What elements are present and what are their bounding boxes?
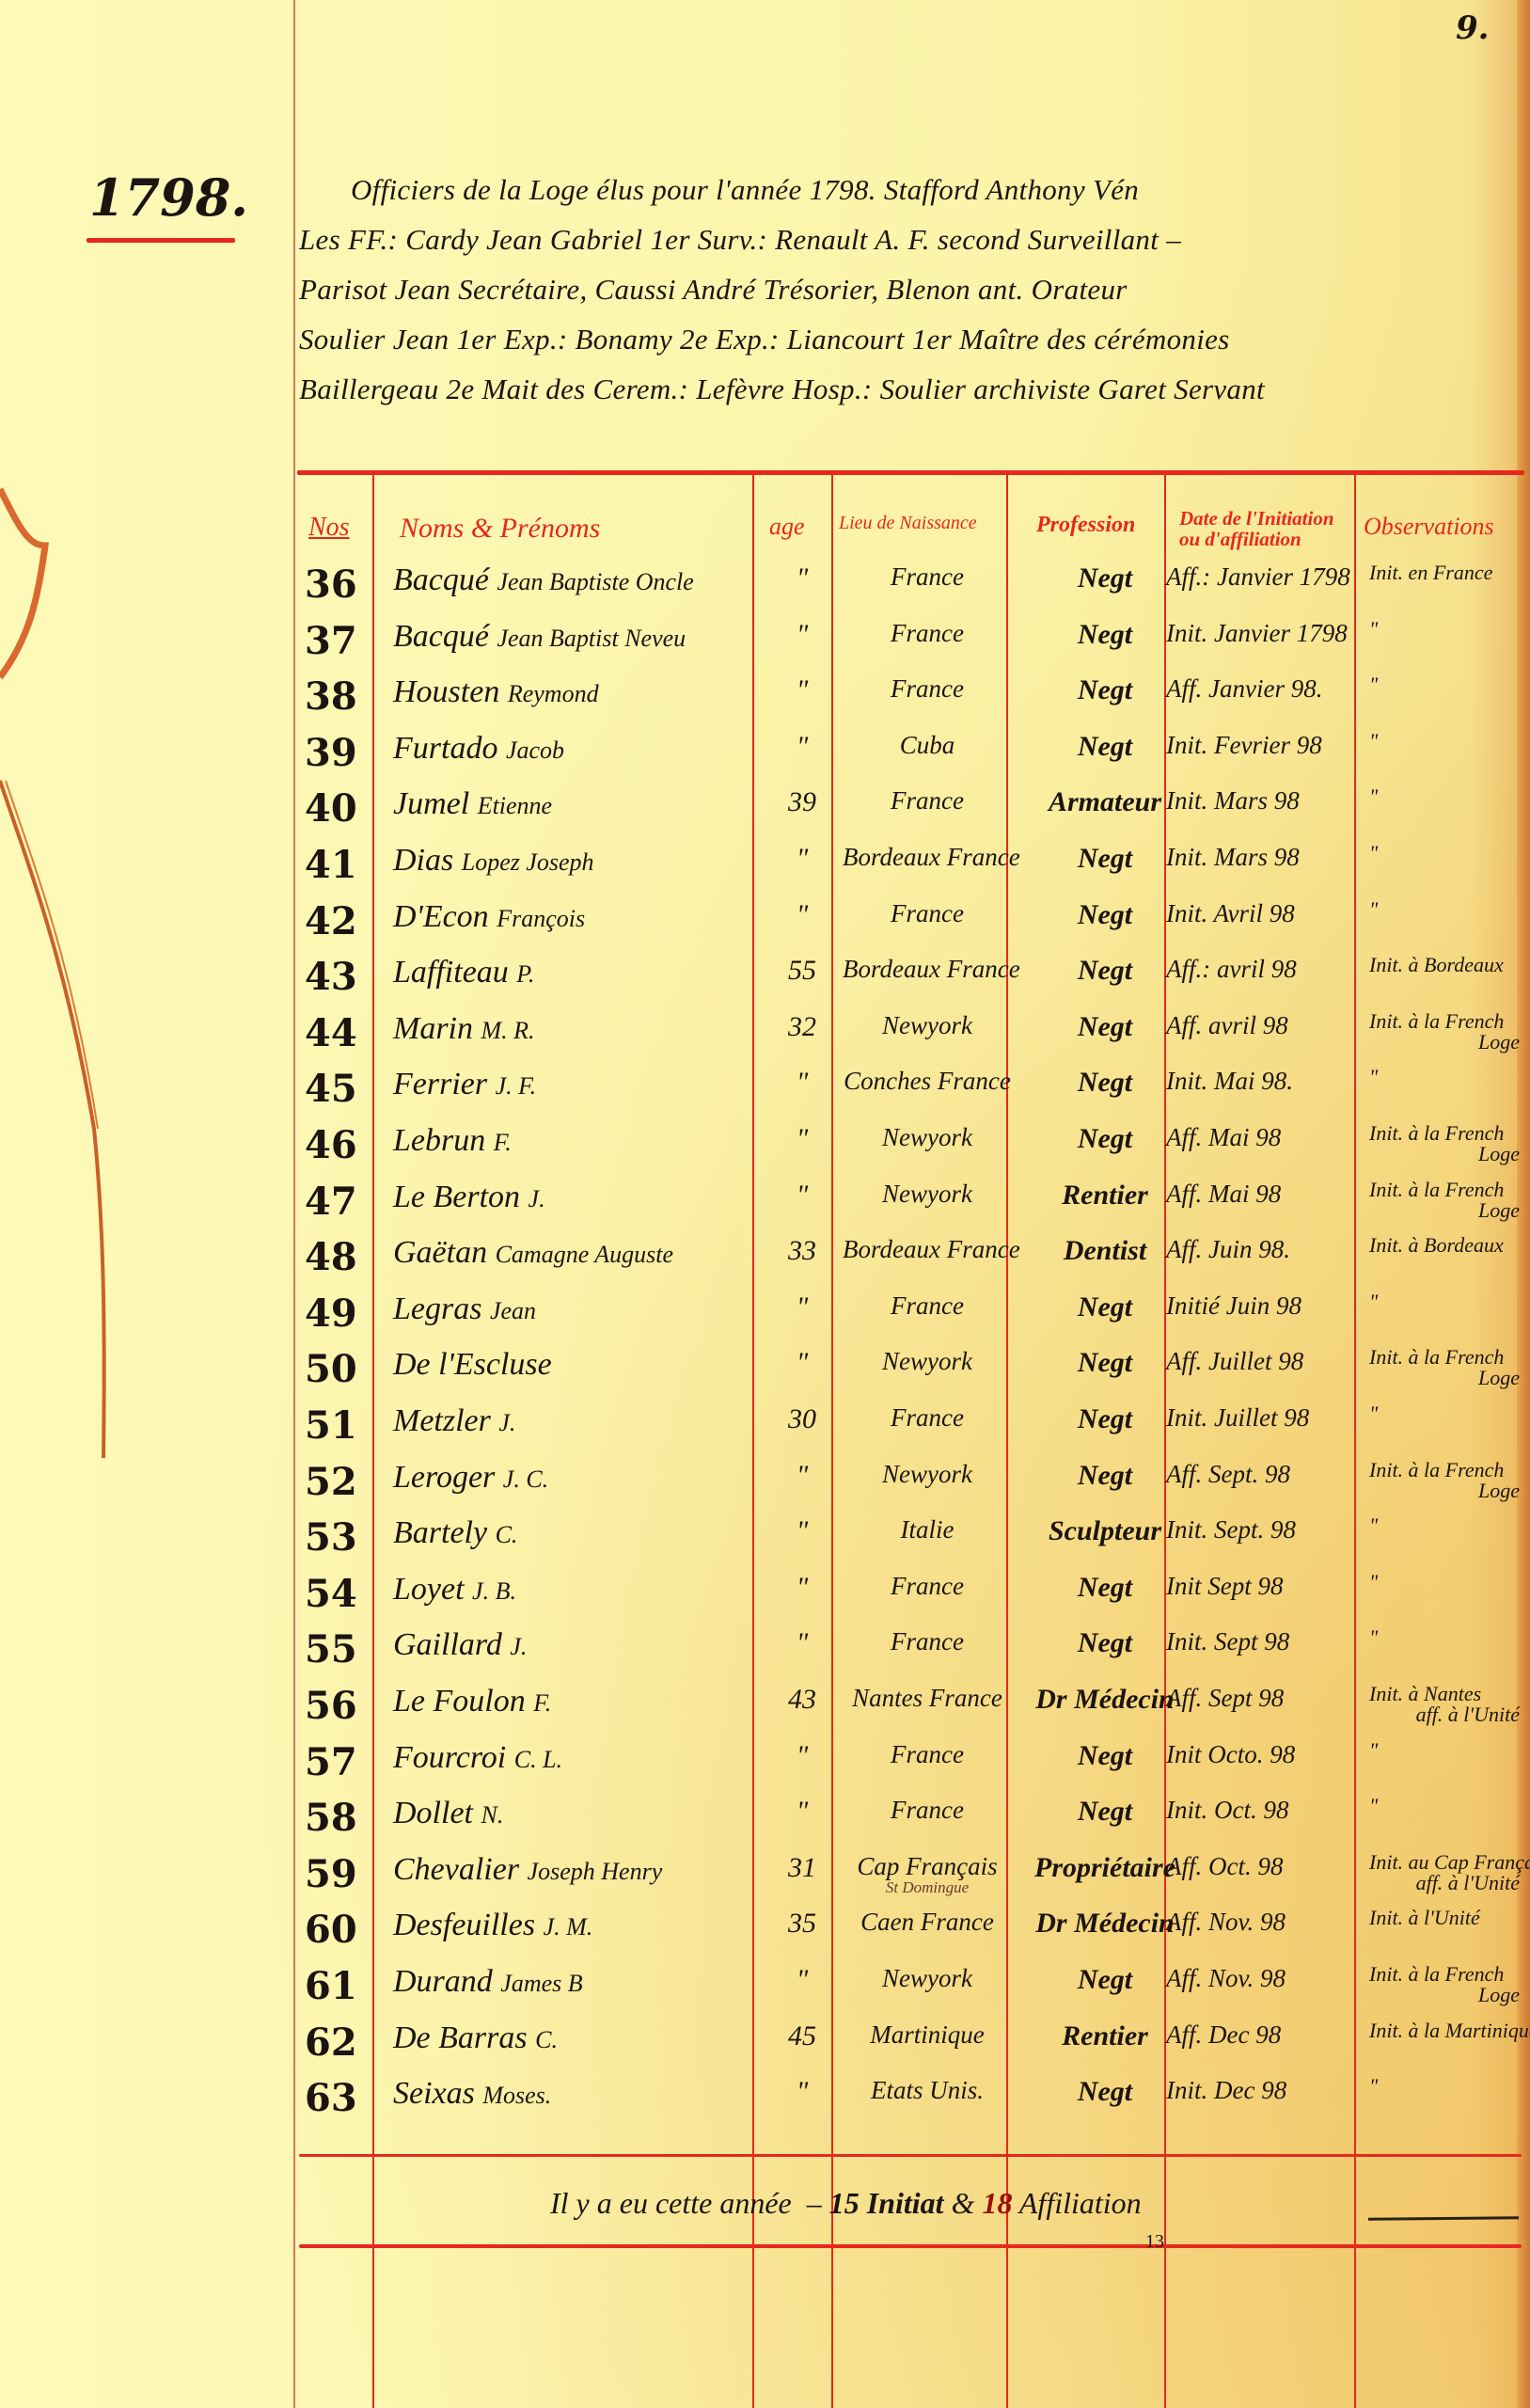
row-name: Laffiteau P. bbox=[393, 955, 760, 990]
row-date: Aff. Sept. 98 bbox=[1166, 1460, 1365, 1489]
row-date: Aff. Oct. 98 bbox=[1166, 1852, 1365, 1881]
row-name: Marin M. R. bbox=[393, 1011, 760, 1047]
row-observation-main: Init. à la Martinique bbox=[1369, 2019, 1530, 2042]
row-observation-main: " bbox=[1369, 784, 1378, 808]
row-surname: Leroger bbox=[393, 1460, 495, 1495]
row-number: 63 bbox=[305, 2076, 375, 2120]
row-name: De l'Escluse bbox=[393, 1347, 760, 1383]
header-name: Noms & Prénoms bbox=[400, 513, 600, 545]
row-observation-sub: Loge bbox=[1369, 1144, 1529, 1164]
row-birthplace-main: Caen France bbox=[860, 1908, 994, 1936]
row-surname: Lebrun bbox=[393, 1123, 485, 1158]
row-number: 53 bbox=[305, 1515, 375, 1560]
row-given-names: Camagne Auguste bbox=[496, 1241, 673, 1268]
row-date: Aff.: avril 98 bbox=[1166, 955, 1365, 984]
register-row: 58 Dollet N. " France Negt Init. Oct. 98… bbox=[299, 1796, 1522, 1852]
row-date: Init. Fevrier 98 bbox=[1166, 731, 1365, 760]
row-birthplace-main: France bbox=[891, 1740, 964, 1768]
row-birthplace: Bordeaux France bbox=[843, 843, 1012, 872]
row-date: Init. Juillet 98 bbox=[1166, 1403, 1365, 1433]
row-surname: Legras bbox=[393, 1291, 481, 1326]
row-observation-main: " bbox=[1369, 841, 1378, 864]
row-age: " bbox=[769, 562, 835, 594]
row-birthplace: Newyork bbox=[843, 1011, 1012, 1040]
register-row: 55 Gaillard J. " France Negt Init. Sept … bbox=[299, 1627, 1522, 1684]
row-name: Bacqué Jean Baptist Neveu bbox=[393, 619, 760, 655]
row-observations: Init. à la French Loge bbox=[1369, 1123, 1529, 1164]
row-age: " bbox=[769, 1067, 835, 1099]
left-margin-rule bbox=[293, 0, 295, 2408]
row-age: " bbox=[769, 1460, 835, 1492]
row-birthplace-main: Nantes France bbox=[852, 1684, 1002, 1712]
row-date: Aff. Janvier 98. bbox=[1166, 674, 1365, 704]
row-age: " bbox=[769, 1740, 835, 1772]
row-date: Init. Mars 98 bbox=[1166, 843, 1365, 872]
row-surname: Housten bbox=[393, 674, 499, 709]
row-birthplace-main: Newyork bbox=[882, 1123, 972, 1151]
row-surname: D'Econ bbox=[393, 899, 489, 934]
row-birthplace: Cap Français St Domingue bbox=[843, 1852, 1012, 1894]
row-surname: Desfeuilles bbox=[393, 1908, 535, 1942]
row-observation-main: " bbox=[1369, 673, 1378, 696]
row-birthplace: France bbox=[843, 1291, 1012, 1321]
row-observations: Init. à la French Loge bbox=[1369, 1964, 1529, 2005]
row-observations: Init. à la French Loge bbox=[1369, 1011, 1529, 1053]
row-name: Metzler J. bbox=[393, 1403, 760, 1439]
row-date: Init Sept 98 bbox=[1166, 1572, 1365, 1601]
row-observation-sub: Loge bbox=[1369, 1032, 1529, 1053]
register-row: 52 Leroger J. C. " Newyork Negt Aff. Sep… bbox=[299, 1460, 1522, 1516]
summary-prefix: Il y a eu cette année bbox=[550, 2186, 792, 2220]
row-date: Aff. Mai 98 bbox=[1166, 1180, 1365, 1209]
row-number: 62 bbox=[305, 2020, 375, 2065]
row-name: Le Foulon F. bbox=[393, 1684, 760, 1719]
row-age: 43 bbox=[769, 1684, 835, 1716]
row-observation-main: " bbox=[1369, 1290, 1378, 1313]
initiations-label: Initiat bbox=[867, 2186, 944, 2220]
row-name: D'Econ François bbox=[393, 899, 760, 935]
header-no: Nos bbox=[308, 513, 350, 543]
binding-string bbox=[0, 470, 113, 1787]
officers-line: Les FF.: Cardy Jean Gabriel 1er Surv.: R… bbox=[299, 214, 1522, 264]
row-birthplace: France bbox=[843, 1403, 1012, 1433]
row-birthplace: France bbox=[843, 619, 1012, 648]
row-birthplace: France bbox=[843, 1740, 1012, 1769]
row-observations: " bbox=[1369, 899, 1529, 920]
row-birthplace-sub: St Domingue bbox=[843, 1881, 1012, 1894]
row-age: " bbox=[769, 1796, 835, 1828]
row-birthplace: France bbox=[843, 674, 1012, 704]
row-observations: " bbox=[1369, 1403, 1529, 1424]
row-surname: Bacqué bbox=[393, 562, 489, 597]
row-number: 55 bbox=[305, 1627, 375, 1671]
row-number: 39 bbox=[305, 731, 375, 775]
row-birthplace-main: Cuba bbox=[900, 731, 955, 759]
row-observations: " bbox=[1369, 1796, 1529, 1816]
row-birthplace: Bordeaux France bbox=[843, 955, 1012, 984]
row-birthplace: France bbox=[843, 1627, 1012, 1656]
row-number: 36 bbox=[305, 562, 375, 607]
row-date: Aff. avril 98 bbox=[1166, 1011, 1365, 1040]
row-surname: Bacqué bbox=[393, 619, 489, 654]
row-birthplace-main: Newyork bbox=[882, 1460, 972, 1488]
register-row: 56 Le Foulon F. 43 Nantes France Dr Méde… bbox=[299, 1684, 1522, 1740]
row-birthplace-main: France bbox=[891, 1403, 964, 1432]
page-number: 9. bbox=[1456, 9, 1490, 47]
row-age: " bbox=[769, 1123, 835, 1155]
row-name: Jumel Etienne bbox=[393, 786, 760, 822]
row-observation-sub: Loge bbox=[1369, 1368, 1529, 1388]
row-observation-main: Init. à Bordeaux bbox=[1369, 953, 1504, 976]
row-observations: Init. à la French Loge bbox=[1369, 1347, 1529, 1388]
row-given-names: Etienne bbox=[478, 792, 552, 819]
register-row: 37 Bacqué Jean Baptist Neveu " France Ne… bbox=[299, 619, 1522, 675]
row-date: Initié Juin 98 bbox=[1166, 1291, 1365, 1321]
row-birthplace-main: France bbox=[891, 1572, 964, 1600]
row-name: Chevalier Joseph Henry bbox=[393, 1852, 760, 1888]
row-observations: Init. à la French Loge bbox=[1369, 1460, 1529, 1501]
row-given-names: Reymond bbox=[508, 680, 599, 707]
row-birthplace: Newyork bbox=[843, 1460, 1012, 1489]
affiliations-correction: 13 bbox=[1145, 2231, 1164, 2253]
row-surname: Loyet bbox=[393, 1572, 465, 1607]
row-birthplace-main: France bbox=[891, 619, 964, 647]
row-birthplace-main: France bbox=[891, 562, 964, 591]
row-number: 38 bbox=[305, 674, 375, 719]
row-date: Init. Janvier 1798 bbox=[1166, 619, 1365, 648]
row-date: Init Octo. 98 bbox=[1166, 1740, 1365, 1769]
row-number: 41 bbox=[305, 843, 375, 887]
row-birthplace-main: Newyork bbox=[882, 1180, 972, 1208]
row-name: Seixas Moses. bbox=[393, 2076, 760, 2112]
row-number: 46 bbox=[305, 1123, 375, 1167]
officers-line: Officiers de la Loge élus pour l'année 1… bbox=[299, 165, 1522, 214]
row-date: Aff. Mai 98 bbox=[1166, 1123, 1365, 1152]
register-row: 42 D'Econ François " France Negt Init. A… bbox=[299, 899, 1522, 956]
row-given-names: Jean Baptist Neveu bbox=[497, 625, 686, 652]
summary-joiner: & bbox=[952, 2186, 975, 2220]
summary-bottom-rule bbox=[299, 2244, 1522, 2248]
row-date: Aff. Juillet 98 bbox=[1166, 1347, 1365, 1376]
register-row: 41 Dias Lopez Joseph " Bordeaux France N… bbox=[299, 843, 1522, 899]
row-number: 50 bbox=[305, 1347, 375, 1391]
row-birthplace: Italie bbox=[843, 1515, 1012, 1545]
row-observations: Init. à l'Unité bbox=[1369, 1908, 1529, 1928]
row-birthplace: Nantes France bbox=[843, 1684, 1012, 1713]
row-observations: " bbox=[1369, 674, 1529, 695]
row-observations: Init. à Bordeaux bbox=[1369, 1235, 1529, 1256]
row-number: 44 bbox=[305, 1011, 375, 1055]
row-number: 40 bbox=[305, 786, 375, 831]
row-given-names: J. C. bbox=[503, 1465, 548, 1493]
register-row: 36 Bacqué Jean Baptiste Oncle " France N… bbox=[299, 562, 1522, 619]
row-given-names: J. F. bbox=[496, 1072, 537, 1100]
header-profession: Profession bbox=[1036, 513, 1135, 538]
row-observation-main: " bbox=[1369, 1625, 1378, 1649]
row-observations: " bbox=[1369, 731, 1529, 752]
row-date: Aff. Sept 98 bbox=[1166, 1684, 1365, 1713]
header-date: Date de l'Initiation ou d'affiliation bbox=[1179, 508, 1352, 549]
row-age: " bbox=[769, 731, 835, 763]
row-observation-main: " bbox=[1369, 1402, 1378, 1425]
row-birthplace: France bbox=[843, 899, 1012, 928]
row-name: Fourcroi C. L. bbox=[393, 1740, 760, 1776]
row-observations: Init. à Bordeaux bbox=[1369, 955, 1529, 975]
register-row: 39 Furtado Jacob " Cuba Negt Init. Fevri… bbox=[299, 731, 1522, 787]
row-birthplace: Newyork bbox=[843, 1123, 1012, 1152]
row-given-names: F. bbox=[494, 1129, 512, 1156]
row-observation-sub: Loge bbox=[1369, 1481, 1529, 1501]
register-row: 40 Jumel Etienne 39 France Armateur Init… bbox=[299, 786, 1522, 843]
row-age: " bbox=[769, 1627, 835, 1659]
row-observation-main: " bbox=[1369, 1513, 1378, 1537]
row-name: Dias Lopez Joseph bbox=[393, 843, 760, 879]
row-age: " bbox=[769, 1347, 835, 1379]
row-observations: Init. à la Martinique bbox=[1369, 2020, 1529, 2041]
header-observations: Observations bbox=[1364, 513, 1494, 541]
register-row: 60 Desfeuilles J. M. 35 Caen France Dr M… bbox=[299, 1908, 1522, 1964]
row-number: 59 bbox=[305, 1852, 375, 1896]
row-observations: " bbox=[1369, 1067, 1529, 1087]
row-given-names: C. bbox=[496, 1521, 518, 1548]
row-date: Aff. Juin 98. bbox=[1166, 1235, 1365, 1264]
row-surname: Bartely bbox=[393, 1515, 487, 1550]
register-row: 53 Bartely C. " Italie Sculpteur Init. S… bbox=[299, 1515, 1522, 1572]
row-number: 57 bbox=[305, 1740, 375, 1784]
officers-line: Soulier Jean 1er Exp.: Bonamy 2e Exp.: L… bbox=[299, 314, 1522, 364]
ledger-page: 1798. 9. Officiers de la Loge élus pour … bbox=[0, 0, 1530, 2408]
row-surname: Laffiteau bbox=[393, 955, 509, 990]
register-row: 63 Seixas Moses. " Etats Unis. Negt Init… bbox=[299, 2076, 1522, 2132]
row-given-names: Jean bbox=[490, 1297, 536, 1324]
row-name: Loyet J. B. bbox=[393, 1572, 760, 1608]
year-heading: 1798. bbox=[89, 167, 248, 228]
row-surname: Gaëtan bbox=[393, 1235, 487, 1270]
row-birthplace: France bbox=[843, 1796, 1012, 1825]
initiations-count: 15 bbox=[829, 2186, 860, 2220]
row-birthplace: Caen France bbox=[843, 1908, 1012, 1937]
header-age: age bbox=[769, 513, 805, 541]
row-given-names: Lopez Joseph bbox=[462, 848, 594, 876]
row-observations: Init. à Nantes aff. à l'Unité bbox=[1369, 1684, 1529, 1725]
register-row: 44 Marin M. R. 32 Newyork Negt Aff. avri… bbox=[299, 1011, 1522, 1068]
row-name: Lebrun F. bbox=[393, 1123, 760, 1159]
register-row: 62 De Barras C. 45 Martinique Rentier Af… bbox=[299, 2020, 1522, 2077]
row-name: De Barras C. bbox=[393, 2020, 760, 2056]
row-observations: " bbox=[1369, 843, 1529, 863]
row-name: Housten Reymond bbox=[393, 674, 760, 710]
row-name: Dollet N. bbox=[393, 1796, 760, 1831]
row-age: " bbox=[769, 674, 835, 706]
row-observations: " bbox=[1369, 1515, 1529, 1536]
row-observations: " bbox=[1369, 1291, 1529, 1312]
row-number: 61 bbox=[305, 1964, 375, 2008]
register-row: 47 Le Berton J. " Newyork Rentier Aff. M… bbox=[299, 1180, 1522, 1236]
register-row: 51 Metzler J. 30 France Negt Init. Juill… bbox=[299, 1403, 1522, 1460]
row-surname: Ferrier bbox=[393, 1067, 487, 1101]
row-observations: " bbox=[1369, 1627, 1529, 1648]
row-observation-sub: Loge bbox=[1369, 1200, 1529, 1221]
row-observation-main: " bbox=[1369, 2074, 1378, 2098]
row-given-names: N. bbox=[481, 1801, 503, 1829]
row-birthplace-main: France bbox=[891, 674, 964, 703]
row-observation-main: " bbox=[1369, 1794, 1378, 1817]
row-number: 48 bbox=[305, 1235, 375, 1279]
row-given-names: Joseph Henry bbox=[528, 1858, 663, 1885]
row-observations: Init. à la French Loge bbox=[1369, 1180, 1529, 1221]
row-birthplace-main: France bbox=[891, 1796, 964, 1824]
register-row: 61 Durand James B " Newyork Negt Aff. No… bbox=[299, 1964, 1522, 2020]
row-observation-main: Init. en France bbox=[1369, 561, 1492, 584]
row-observations: " bbox=[1369, 619, 1529, 640]
row-birthplace: Cuba bbox=[843, 731, 1012, 760]
row-number: 56 bbox=[305, 1684, 375, 1728]
row-observations: " bbox=[1369, 1572, 1529, 1592]
row-given-names: Moses. bbox=[482, 2082, 551, 2109]
row-birthplace: France bbox=[843, 1572, 1012, 1601]
row-name: Durand James B bbox=[393, 1964, 760, 2000]
row-given-names: P. bbox=[516, 960, 534, 988]
row-birthplace: Martinique bbox=[843, 2020, 1012, 2050]
register-row: 45 Ferrier J. F. " Conches France Negt I… bbox=[299, 1067, 1522, 1123]
row-birthplace: France bbox=[843, 786, 1012, 816]
row-age: " bbox=[769, 1964, 835, 1996]
row-surname: Seixas bbox=[393, 2076, 475, 2111]
row-birthplace-main: Newyork bbox=[882, 1347, 972, 1375]
row-birthplace-main: Italie bbox=[901, 1515, 954, 1544]
table-top-rule bbox=[297, 470, 1524, 475]
row-age: 33 bbox=[769, 1235, 835, 1267]
row-number: 58 bbox=[305, 1796, 375, 1840]
row-surname: De l'Escluse bbox=[393, 1347, 552, 1382]
row-age: 31 bbox=[769, 1852, 835, 1884]
row-date: Aff. Dec 98 bbox=[1166, 2020, 1365, 2050]
officers-line: Parisot Jean Secrétaire, Caussi André Tr… bbox=[299, 264, 1522, 314]
row-date: Aff. Nov. 98 bbox=[1166, 1908, 1365, 1937]
row-birthplace: Newyork bbox=[843, 1964, 1012, 1993]
row-birthplace-main: Bordeaux France bbox=[843, 955, 1020, 983]
row-name: Gaillard J. bbox=[393, 1627, 760, 1663]
row-observation-main: " bbox=[1369, 1570, 1378, 1593]
row-given-names: François bbox=[497, 905, 585, 932]
row-observations: " bbox=[1369, 786, 1529, 807]
row-number: 47 bbox=[305, 1180, 375, 1224]
register-row: 48 Gaëtan Camagne Auguste 33 Bordeaux Fr… bbox=[299, 1235, 1522, 1291]
row-given-names: Jean Baptiste Oncle bbox=[497, 568, 693, 595]
row-observation-main: " bbox=[1369, 1738, 1378, 1762]
affiliations-label: Affiliation bbox=[1019, 2186, 1142, 2220]
row-surname: Jumel bbox=[393, 786, 469, 821]
row-given-names: J. bbox=[498, 1409, 515, 1436]
row-birthplace: France bbox=[843, 562, 1012, 592]
row-given-names: M. R. bbox=[481, 1017, 535, 1044]
register-row: 43 Laffiteau P. 55 Bordeaux France Negt … bbox=[299, 955, 1522, 1011]
row-birthplace-main: Newyork bbox=[882, 1964, 972, 1992]
row-birthplace-main: Newyork bbox=[882, 1011, 972, 1039]
row-date: Init. Mai 98. bbox=[1166, 1067, 1365, 1096]
row-observation-sub: aff. à l'Unité bbox=[1369, 1704, 1529, 1725]
row-age: " bbox=[769, 2076, 835, 2108]
row-age: " bbox=[769, 1515, 835, 1547]
row-given-names: J. bbox=[510, 1633, 527, 1660]
row-name: Leroger J. C. bbox=[393, 1460, 760, 1496]
row-birthplace: Etats Unis. bbox=[843, 2076, 1012, 2105]
row-name: Legras Jean bbox=[393, 1291, 760, 1327]
row-age: " bbox=[769, 1291, 835, 1323]
row-date: Init. Mars 98 bbox=[1166, 786, 1365, 816]
row-observations: " bbox=[1369, 2076, 1529, 2097]
row-age: 32 bbox=[769, 1011, 835, 1043]
row-surname: Fourcroi bbox=[393, 1740, 506, 1775]
register-row: 59 Chevalier Joseph Henry 31 Cap Françai… bbox=[299, 1852, 1522, 1909]
row-age: 55 bbox=[769, 955, 835, 987]
row-given-names: James B bbox=[500, 1970, 582, 1997]
row-observations: Init. au Cap Français aff. à l'Unité bbox=[1369, 1852, 1529, 1893]
row-given-names: J. M. bbox=[544, 1913, 593, 1941]
row-surname: Le Berton bbox=[393, 1180, 520, 1214]
row-birthplace-main: France bbox=[891, 899, 964, 927]
register-row: 54 Loyet J. B. " France Negt Init Sept 9… bbox=[299, 1572, 1522, 1628]
row-name: Le Berton J. bbox=[393, 1180, 760, 1215]
row-observation-sub: Loge bbox=[1369, 1985, 1529, 2005]
row-surname: Gaillard bbox=[393, 1627, 502, 1662]
row-birthplace-main: Martinique bbox=[870, 2020, 985, 2049]
row-birthplace-main: Conches France bbox=[844, 1067, 1011, 1095]
row-given-names: Jacob bbox=[506, 737, 564, 764]
row-observation-main: " bbox=[1369, 897, 1378, 921]
row-observations: " bbox=[1369, 1740, 1529, 1761]
row-number: 45 bbox=[305, 1067, 375, 1111]
row-age: " bbox=[769, 619, 835, 651]
summary-top-rule bbox=[299, 2154, 1522, 2157]
year-underline bbox=[87, 238, 235, 243]
row-surname: De Barras bbox=[393, 2020, 528, 2055]
row-number: 60 bbox=[305, 1908, 375, 1952]
row-date: Init. Avril 98 bbox=[1166, 899, 1365, 928]
row-number: 37 bbox=[305, 619, 375, 663]
row-age: 45 bbox=[769, 2020, 835, 2052]
register-row: 57 Fourcroi C. L. " France Negt Init Oct… bbox=[299, 1740, 1522, 1797]
row-age: " bbox=[769, 899, 835, 931]
row-age: 39 bbox=[769, 786, 835, 818]
row-observation-main: " bbox=[1369, 729, 1378, 752]
summary-line: Il y a eu cette année – 15 Initiat & 18 … bbox=[550, 2186, 1142, 2221]
row-surname: Le Foulon bbox=[393, 1684, 526, 1719]
row-age: " bbox=[769, 1572, 835, 1604]
row-birthplace-main: France bbox=[891, 1627, 964, 1655]
row-birthplace-main: Etats Unis. bbox=[871, 2076, 984, 2104]
row-surname: Marin bbox=[393, 1011, 473, 1046]
row-surname: Metzler bbox=[393, 1403, 491, 1438]
row-age: " bbox=[769, 843, 835, 875]
row-observation-main: " bbox=[1369, 1065, 1378, 1088]
row-age: " bbox=[769, 1180, 835, 1212]
row-birthplace-main: France bbox=[891, 786, 964, 815]
row-observation-sub: aff. à l'Unité bbox=[1369, 1873, 1529, 1893]
row-birthplace: Bordeaux France bbox=[843, 1235, 1012, 1264]
row-name: Bacqué Jean Baptiste Oncle bbox=[393, 562, 760, 598]
officers-paragraph: Officiers de la Loge élus pour l'année 1… bbox=[299, 165, 1522, 414]
row-surname: Chevalier bbox=[393, 1852, 519, 1887]
row-date: Init. Oct. 98 bbox=[1166, 1796, 1365, 1825]
row-birthplace: Newyork bbox=[843, 1347, 1012, 1376]
row-birthplace-main: Bordeaux France bbox=[843, 843, 1020, 871]
register-row: 49 Legras Jean " France Negt Initié Juin… bbox=[299, 1291, 1522, 1348]
row-given-names: J. B. bbox=[472, 1577, 516, 1605]
row-name: Furtado Jacob bbox=[393, 731, 760, 767]
row-given-names: C. bbox=[535, 2026, 558, 2053]
register-row: 50 De l'Escluse " Newyork Negt Aff. Juil… bbox=[299, 1347, 1522, 1403]
